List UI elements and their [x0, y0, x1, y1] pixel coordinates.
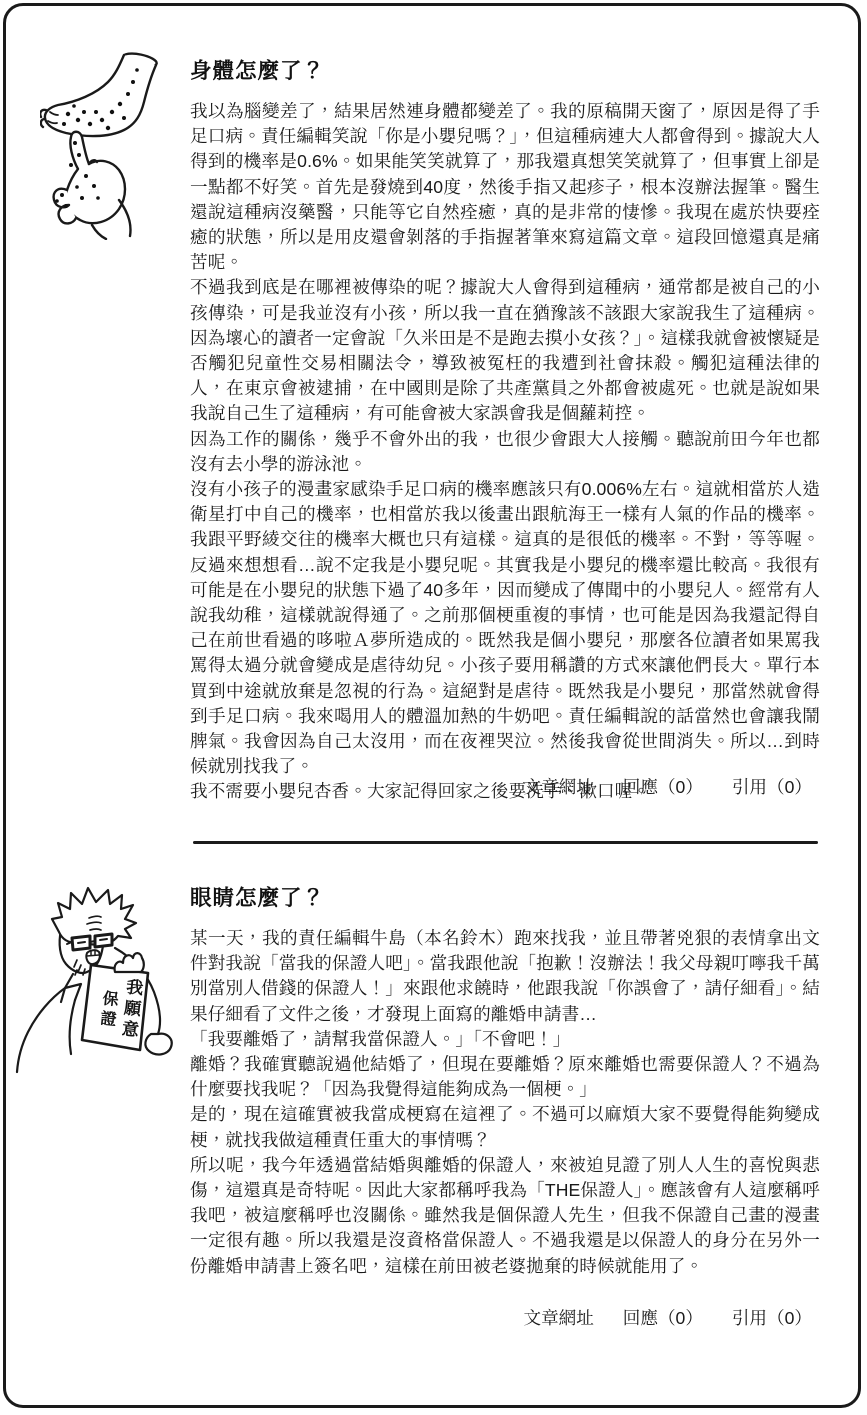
entry-body: 我以為腦變差了，結果居然連身體都變差了。我的原稿開天窗了，原因是得了手足口病。責… — [190, 99, 820, 805]
editor-sign-illustration: 我願意 保證 — [15, 886, 205, 1093]
entry-footer: 文章網址 回應（0） 引用（0） — [190, 1306, 812, 1331]
entry-title: 眼睛怎麼了？ — [190, 884, 820, 912]
paragraph: 因為工作的關係，幾乎不會外出的我，也很少會跟大人接觸。聽說前田今年也都沒有去小學… — [190, 427, 820, 477]
scanned-blog-page: 身體怎麼了？ 我以為腦變差了，結果居然連身體都變差了。我的原稿開天窗了，原因是得… — [0, 0, 867, 1415]
entry-body: 某一天，我的責任編輯牛島（本名鈴木）跑來找我，並且帶著兇狠的表情拿出文件對我說「… — [190, 926, 820, 1279]
trackback-count: 引用（0） — [732, 777, 812, 797]
blog-entry-body-post: 身體怎麼了？ 我以為腦變差了，結果居然連身體都變差了。我的原稿開天窗了，原因是得… — [190, 57, 820, 805]
entry-footer: 文章網址 回應（0） 引用（0） — [190, 775, 812, 800]
paragraph: 不過我到底是在哪裡被傳染的呢？據說大人會得到這種病，通常都是被自己的小孩傳染，可… — [190, 275, 820, 426]
paragraph: 我以為腦變差了，結果居然連身體都變差了。我的原稿開天窗了，原因是得了手足口病。責… — [190, 99, 820, 275]
entry-title: 身體怎麼了？ — [190, 57, 820, 85]
blog-entry-eyes-post: 眼睛怎麼了？ 某一天，我的責任編輯牛島（本名鈴木）跑來找我，並且帶著兇狠的表情拿… — [190, 884, 820, 1279]
paragraph: 離婚？我確實聽說過他結婚了，但現在要離婚？原來離婚也需要保證人？不過為什麼要找我… — [190, 1052, 820, 1102]
paragraph: 「我要離婚了，請幫我當保證人。」「不會吧！」 — [190, 1027, 820, 1052]
permalink-text: 文章網址 — [523, 1308, 593, 1328]
paragraph: 某一天，我的責任編輯牛島（本名鈴木）跑來找我，並且帶著兇狠的表情拿出文件對我說「… — [190, 926, 820, 1027]
comments-count: 回應（0） — [623, 1308, 703, 1328]
trackback-count: 引用（0） — [732, 1308, 812, 1328]
sign-text-left-column: 保證 — [94, 989, 121, 1031]
foot-and-hand-illustration — [40, 48, 165, 240]
paragraph: 是的，現在這確實被我當成梗寫在這裡了。不過可以麻煩大家不要覺得能夠變成梗，就找我… — [190, 1102, 820, 1152]
comments-count: 回應（0） — [623, 777, 703, 797]
paragraph: 沒有小孩子的漫畫家感染手足口病的機率應該只有0.006%左右。這就相當於人造衛星… — [190, 477, 820, 779]
foot-and-hand-drawing — [40, 48, 165, 240]
section-divider — [193, 841, 818, 844]
permalink-text: 文章網址 — [523, 777, 593, 797]
paragraph: 所以呢，我今年透過當結婚與離婚的保證人，來被迫見證了別人人生的喜悅與悲傷，這還真… — [190, 1153, 820, 1279]
